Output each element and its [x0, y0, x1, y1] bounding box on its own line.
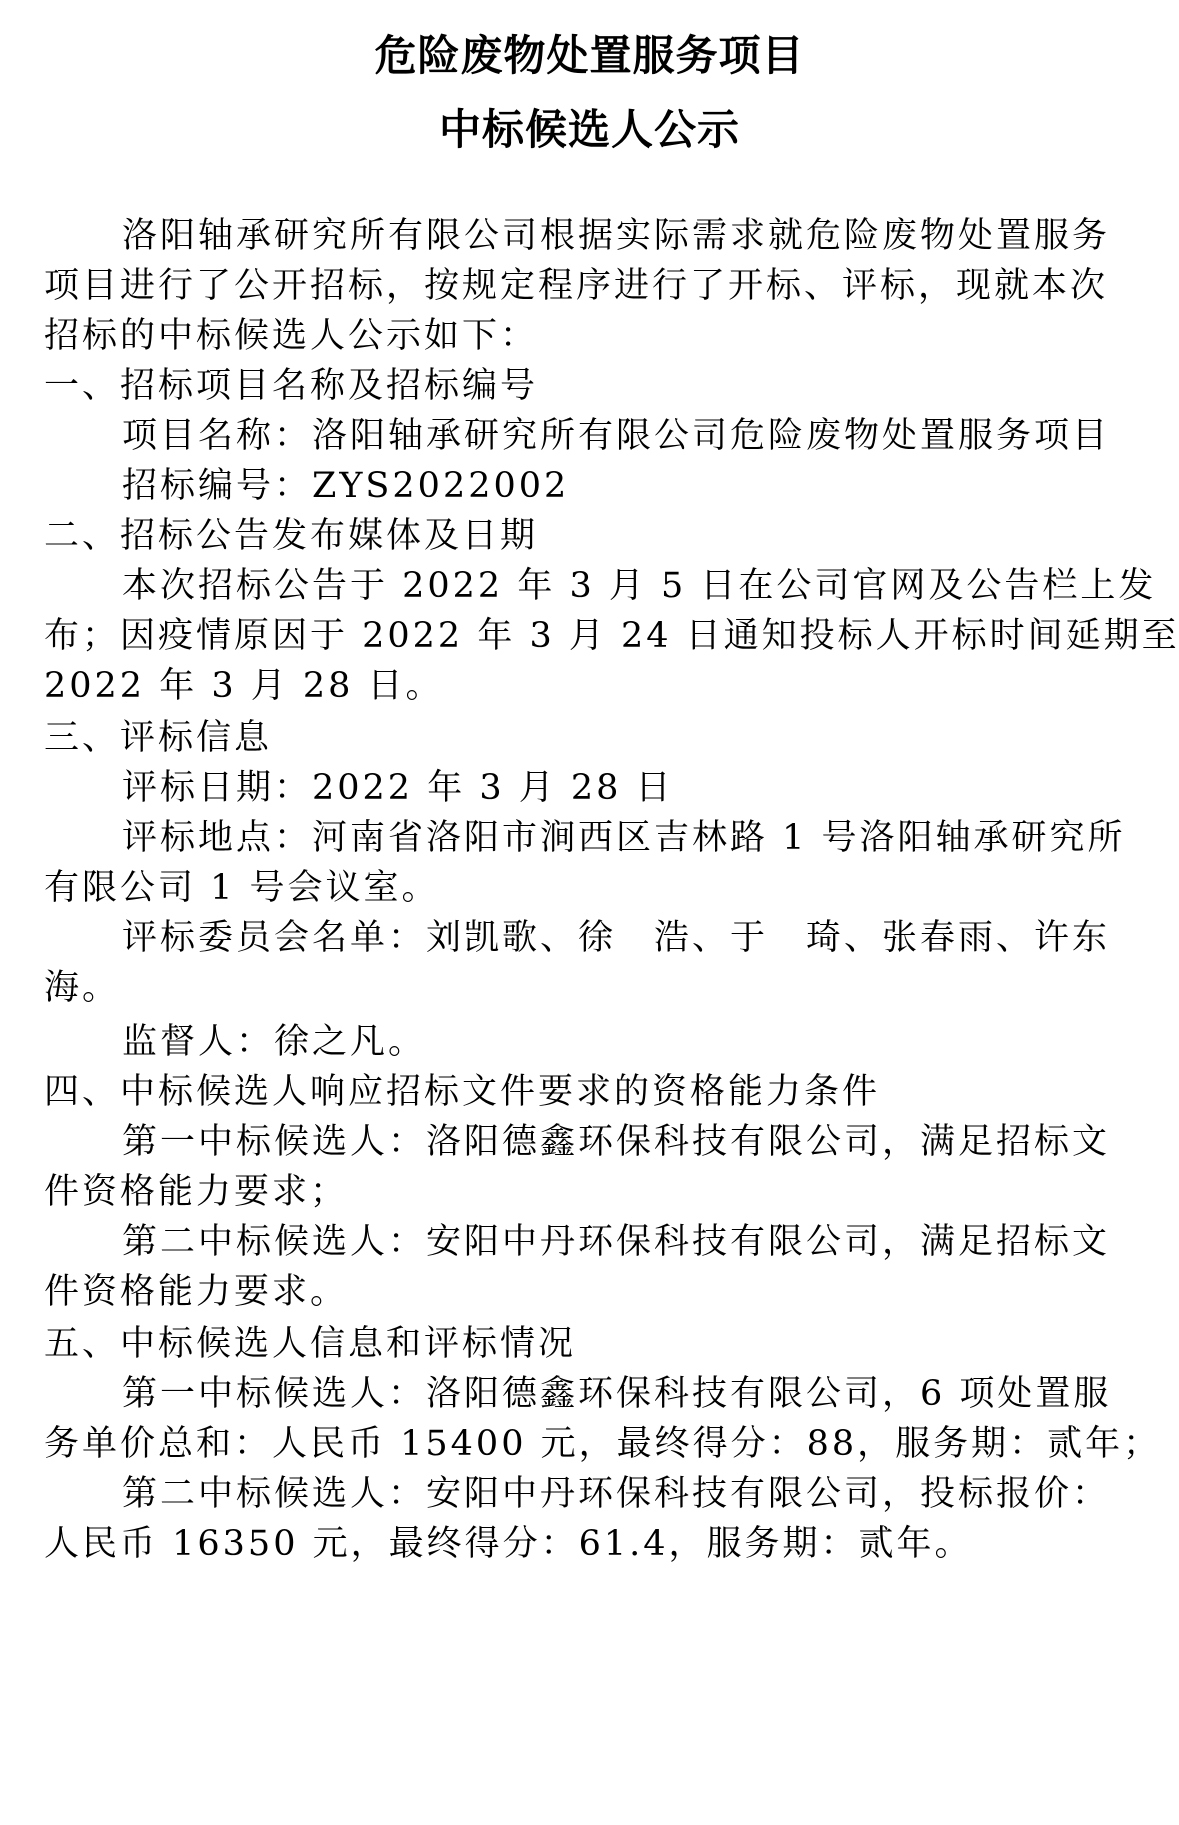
candidate-2-result: 第二中标候选人：安阳中丹环保科技有限公司，投标报价： [122, 1469, 1110, 1519]
project-name: 项目名称：洛阳轴承研究所有限公司危险废物处置服务项目 [122, 411, 1110, 461]
evaluation-date: 评标日期：2022 年 3 月 28 日 [122, 763, 674, 813]
section-heading-3: 三、评标信息 [44, 713, 272, 763]
committee-list: 海。 [44, 963, 120, 1013]
document-subtitle: 中标候选人公示 [0, 105, 1179, 155]
candidate-1-result: 第一中标候选人：洛阳德鑫环保科技有限公司，6 项处置服 [122, 1369, 1111, 1419]
document-title: 危险废物处置服务项目 [0, 31, 1179, 81]
candidate-1-qualification: 件资格能力要求； [44, 1167, 348, 1217]
intro-line: 项目进行了公开招标，按规定程序进行了开标、评标，现就本次 [44, 261, 1108, 311]
announcement-line: 本次招标公告于 2022 年 3 月 5 日在公司官网及公告栏上发 [122, 561, 1156, 611]
section-heading-2: 二、招标公告发布媒体及日期 [44, 511, 538, 561]
section-heading-5: 五、中标候选人信息和评标情况 [44, 1319, 576, 1369]
intro-line: 招标的中标候选人公示如下： [44, 311, 538, 361]
candidate-2-qualification: 第二中标候选人：安阳中丹环保科技有限公司，满足招标文 [122, 1217, 1110, 1267]
intro-line: 洛阳轴承研究所有限公司根据实际需求就危险废物处置服务 [122, 211, 1110, 261]
section-heading-4: 四、中标候选人响应招标文件要求的资格能力条件 [44, 1067, 880, 1117]
committee-list: 评标委员会名单：刘凯歌、徐 浩、于 琦、张春雨、许东 [122, 913, 1110, 963]
supervisor: 监督人：徐之凡。 [122, 1017, 426, 1067]
candidate-1-qualification: 第一中标候选人：洛阳德鑫环保科技有限公司，满足招标文 [122, 1117, 1110, 1167]
tender-number: 招标编号：ZYS2022002 [122, 461, 569, 511]
candidate-1-result: 务单价总和：人民币 15400 元，最终得分：88，服务期：贰年； [44, 1419, 1161, 1469]
candidate-2-result: 人民币 16350 元，最终得分：61.4，服务期：贰年。 [44, 1519, 973, 1569]
evaluation-location: 评标地点：河南省洛阳市涧西区吉林路 1 号洛阳轴承研究所 [122, 813, 1126, 863]
announcement-line: 布；因疫情原因于 2022 年 3 月 24 日通知投标人开标时间延期至 [44, 611, 1179, 661]
document-page: 危险废物处置服务项目 中标候选人公示 洛阳轴承研究所有限公司根据实际需求就危险废… [0, 0, 1179, 1825]
section-heading-1: 一、招标项目名称及招标编号 [44, 361, 538, 411]
evaluation-location: 有限公司 1 号会议室。 [44, 863, 440, 913]
announcement-line: 2022 年 3 月 28 日。 [44, 661, 444, 711]
candidate-2-qualification: 件资格能力要求。 [44, 1267, 348, 1317]
